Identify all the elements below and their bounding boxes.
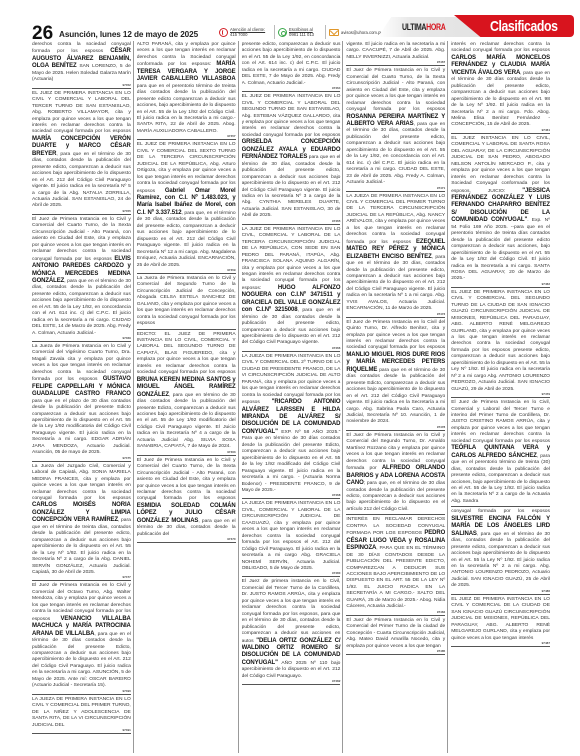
legal-notice: conyugal formada por los esposos SILVEST… xyxy=(451,508,550,594)
notice-text-continued: , para que en el término de 30 días cont… xyxy=(451,71,550,128)
column-5: interés en reclamar derechos contra la s… xyxy=(451,41,552,753)
legal-notice: EL JUEZ DE PRIMERA INSTANCIA EN LO CIVIL… xyxy=(242,93,341,225)
notice-text: EL JUEZ DE PRIMERA INSTANCIA EN LO CIVIL… xyxy=(451,597,550,641)
notice-text: EL JUEZ INSTANCIA EN LO CIVIL, COMERCIAL… xyxy=(451,136,550,194)
publication-date: Asunción, lunes 12 de mayo de 2025 xyxy=(59,30,198,39)
notice-text-continued: , para que en término de 30 días contado… xyxy=(137,393,236,450)
notice-code: 97462 xyxy=(451,283,550,286)
notice-text-continued: , para que en el término de 30 días cont… xyxy=(32,632,131,689)
notice-code: 97477 xyxy=(32,576,131,579)
legal-notice: El Juez de Primera Instancia en lo Civil… xyxy=(346,432,445,515)
legal-notice: derechos contra la sociedad conyugal for… xyxy=(32,41,131,89)
notice-text: El Juez de primera instancia en lo Civil… xyxy=(242,579,341,643)
legal-notice: El Juez de Primera Instancia en lo Civil… xyxy=(346,617,445,655)
notice-code: 97461 xyxy=(451,129,550,132)
notice-text-continued: , para que en el término de treinta días… xyxy=(32,518,131,575)
legal-notice: El Juez de Primera Instancia en lo Civil… xyxy=(137,457,236,543)
notice-code: 97487 xyxy=(451,642,550,645)
notice-text: conyugal formada por los esposos xyxy=(451,509,550,514)
notice-code: 97485 xyxy=(346,650,445,653)
notice-code: 97482 xyxy=(242,680,341,683)
legal-notice: El Juez de Primera Instancia en lo Civil… xyxy=(32,582,131,694)
legal-notice: El Juez de Primera Instancia en lo Civil… xyxy=(346,319,445,431)
column-2: ALTO PARANÁ, cita y emplaza por quince v… xyxy=(137,41,239,753)
contact-whatsapp[interactable]: Escribinos al 0981 111 013 xyxy=(274,25,314,39)
legal-notice: LA JUEZA DE PRIMERA INSTANCIA EN LO CIVI… xyxy=(242,353,341,500)
notice-code: 97469 xyxy=(32,337,131,340)
notice-code: 97471 xyxy=(346,187,445,190)
notice-text-continued: para que en el plazo de 30 días contados… xyxy=(32,399,131,456)
notice-code: 97486 xyxy=(451,590,550,593)
notice-code: 97480 xyxy=(242,572,341,575)
classifieds-columns: derechos contra la sociedad conyugal for… xyxy=(32,41,552,753)
notice-text: EL JUEZ DE PRIMERA INSTANCIA EN LO CIVIL… xyxy=(242,94,341,138)
legal-notice: INTERÉS EN RECLAMAR DERECHOS CONTRA LA S… xyxy=(346,516,445,615)
page-header: 26 Asunción, lunes 12 de mayo de 2025 At… xyxy=(0,22,580,40)
notice-text: LA JUEZA DE PRIMERA INSTANCIA EN LO CIVI… xyxy=(242,501,341,571)
notice-text: El Juez de Primera Instancia en lo Civil… xyxy=(346,320,445,351)
notice-text: vigente. El juicio radica en la secretar… xyxy=(346,42,445,60)
notice-text-continued: para que en el perentorio término de tre… xyxy=(137,84,236,134)
notice-code: 97484 xyxy=(346,611,445,614)
notice-text: El Juez de Primera Instancia en lo Civil… xyxy=(346,68,445,112)
contact-whatsapp-value: 0981 111 013 xyxy=(289,32,314,37)
notice-text-continued: , para que, en el término de 30 días, co… xyxy=(137,211,236,268)
notice-text-continued: , para que en el término de 30 días, con… xyxy=(32,279,131,336)
column-3: presente edicto, comparezcan a deducir s… xyxy=(242,41,344,753)
notice-text-continued: presente edicto, comparezcan a deducir s… xyxy=(451,348,550,392)
legal-notice: presente edicto, comparezcan a deducir s… xyxy=(242,41,341,92)
notice-text: El Juez de Primera Instancia en lo Civil… xyxy=(346,618,445,649)
notice-code: 97473 xyxy=(346,313,445,316)
notice-text-continued: EXP. Nº 58 AÑO 2025." Para que en términ… xyxy=(242,430,341,493)
newspaper-page: 26 Asunción, lunes 12 de mayo de 2025 At… xyxy=(0,0,580,756)
notice-code: 97467 xyxy=(346,61,445,64)
notice-text-continued: , para que en el término de 30 días, con… xyxy=(451,532,550,589)
column-4: vigente. El juicio radica en la secretar… xyxy=(346,41,448,753)
notice-text: La Jueza del Juzgado Civil, Comercial y … xyxy=(32,464,131,501)
notice-code: 97464 xyxy=(242,87,341,90)
legal-notice: El Juez de Primera Instancia en lo Civil… xyxy=(346,67,445,191)
notice-code: 97465 xyxy=(242,220,341,223)
notice-party-names: TEÓFILA QUINTANA VERA y CARLOS ALFREDO S… xyxy=(451,445,550,458)
contact-phone[interactable]: Atención al cliente: 415 7000 xyxy=(219,25,265,39)
notice-text: LA JUEZA DE PRIMERA INSTANCIA EN LO CIVI… xyxy=(242,354,341,405)
notice-text-continued: para que en el término de 30 días contad… xyxy=(346,368,445,425)
notice-text-continued: . Exp. Nº 54 Folio 169 Año 2025. --para … xyxy=(451,218,550,281)
notice-text-continued: , PARA QUE EN EL TÉRMINO DE 30 DÍAS CONT… xyxy=(346,546,445,609)
section-title: Clasificados xyxy=(490,18,558,35)
legal-notice: EDICTO: EL JUEZ DE PRIMERA INSTANCIA EN … xyxy=(137,331,236,456)
notice-code: 97466 xyxy=(242,347,341,350)
notice-text: El Juez de Primera Instancia en lo Civil… xyxy=(137,458,236,502)
notice-code: 97459 xyxy=(137,269,236,272)
notice-code: 97491 xyxy=(32,729,131,732)
brand-logo: ULTIMAHORA xyxy=(402,22,446,32)
notice-code: 97475 xyxy=(32,457,131,460)
notice-text: EL JUEZ DE PRIMERA INSTANCIA EN LO CIVIL… xyxy=(32,91,131,135)
legal-notice: vigente. El juicio radica en la secretar… xyxy=(346,41,445,66)
legal-notice: El Juez de Primera Instancia en lo Civil… xyxy=(451,399,550,507)
notice-text-continued: para que en el término de 30 días, conta… xyxy=(242,155,341,218)
legal-notice: El Juez de Primera Instancia en lo Civil… xyxy=(32,216,131,342)
legal-notice: EL JUEZ DE PRIMERA INSTANCIA EN LO CIVIL… xyxy=(451,596,550,647)
contact-phone-value: 415 7000 xyxy=(230,32,265,37)
notice-text: LA JUEZ DE PRIMERA INSTANCIA EN LO CIVIL… xyxy=(242,227,341,291)
notice-text: La Jueza de Primera Instancia en lo Civi… xyxy=(137,276,236,326)
mail-icon xyxy=(329,29,339,36)
legal-notice: El Juez de primera instancia en lo Civil… xyxy=(242,578,341,685)
notice-party-names: CARLOS MOISÉS NORIA GONZÁLEZ Y LIMPIA CO… xyxy=(32,502,131,523)
legal-notice: La Jueza de Primera Instancia en lo Civi… xyxy=(137,275,236,330)
column-1: derechos contra la sociedad conyugal for… xyxy=(32,41,134,753)
brand-ultima: ULTIMA xyxy=(402,22,426,32)
notice-text: El Juez de Primera Instancia en lo Civil… xyxy=(451,400,550,444)
notice-text-continued: , para que en el término de 30 días, con… xyxy=(346,122,445,185)
legal-notice: La Jueza del Juzgado Civil, Comercial y … xyxy=(32,463,131,582)
notice-text-continued: , para que en el perentorio término de t… xyxy=(451,454,550,504)
notice-text-continued: , para que en el término de 30 días, con… xyxy=(346,255,445,312)
phone-icon xyxy=(219,28,228,37)
notice-code: 97452 xyxy=(32,84,131,87)
notice-code: 97463 xyxy=(137,451,236,454)
notice-code: 97455 xyxy=(32,210,131,213)
brand-hora: HORA xyxy=(426,22,445,32)
legal-notice: LA JUEZ DE PRIMERA INSTANCIA EN LO CIVIL… xyxy=(242,226,341,352)
notice-text: LA JUEZA DE PRIMERA INSTANCIA EN LO CIVI… xyxy=(346,194,445,245)
legal-notice: EL JUEZ DE PRIMERA INSTANCIA EN LO CIVIL… xyxy=(137,141,236,274)
section-banner: ULTIMAHORA Clasificados xyxy=(370,15,580,39)
legal-notice: EL JUEZ INSTANCIA EN LO CIVIL, COMERCIAL… xyxy=(451,135,550,288)
page-number: 26 xyxy=(32,26,53,42)
legal-notice: LA JUEZA DE PRIMERA INSTANCIA EN LO CIVI… xyxy=(32,696,131,734)
notice-code: 97457 xyxy=(137,135,236,138)
notice-text: LA JUEZA DE PRIMERA INSTANCIA EN LO CIVI… xyxy=(32,697,131,728)
legal-notice: La Jueza de Primera Instancia en lo Civi… xyxy=(32,343,131,462)
notice-code: 97479 xyxy=(451,393,550,396)
notice-code: 97490 xyxy=(32,690,131,693)
notice-text-continued: , para que en el término de 30 días cont… xyxy=(242,308,341,345)
notice-text: EL JUEZ DE PRIMERA INSTANCIA EN LO CIVIL… xyxy=(451,290,550,353)
notice-code: 97478 xyxy=(346,426,445,429)
notice-text: presente edicto, comparezcan a deducir s… xyxy=(242,42,341,86)
legal-notice: EL JUEZ DE PRIMERA INSTANCIA EN LO CIVIL… xyxy=(32,90,131,215)
notice-text-continued: , para que en el término de 30 días, con… xyxy=(32,152,131,209)
legal-notice: EL JUEZ DE PRIMERA INSTANCIA EN LO CIVIL… xyxy=(451,289,550,398)
legal-notice: ALTO PARANÁ, cita y emplaza por quince v… xyxy=(137,41,236,140)
notice-text: EL JUEZ DE PRIMERA INSTANCIA EN LO CIVIL… xyxy=(137,142,236,193)
legal-notice: LA JUEZA DE PRIMERA INSTANCIA EN LO CIVI… xyxy=(242,500,341,577)
legal-notice: interés en reclamar derechos contra la s… xyxy=(451,41,550,134)
notice-text: interés en reclamar derechos contra la s… xyxy=(451,42,550,53)
notice-text: EDICTO: EL JUEZ DE PRIMERA INSTANCIA EN … xyxy=(137,332,236,376)
notice-code: 97470 xyxy=(137,538,236,541)
whatsapp-icon xyxy=(278,28,287,37)
legal-notice: LA JUEZA DE PRIMERA INSTANCIA EN LO CIVI… xyxy=(346,193,445,318)
notice-code: 97468 xyxy=(242,494,341,497)
